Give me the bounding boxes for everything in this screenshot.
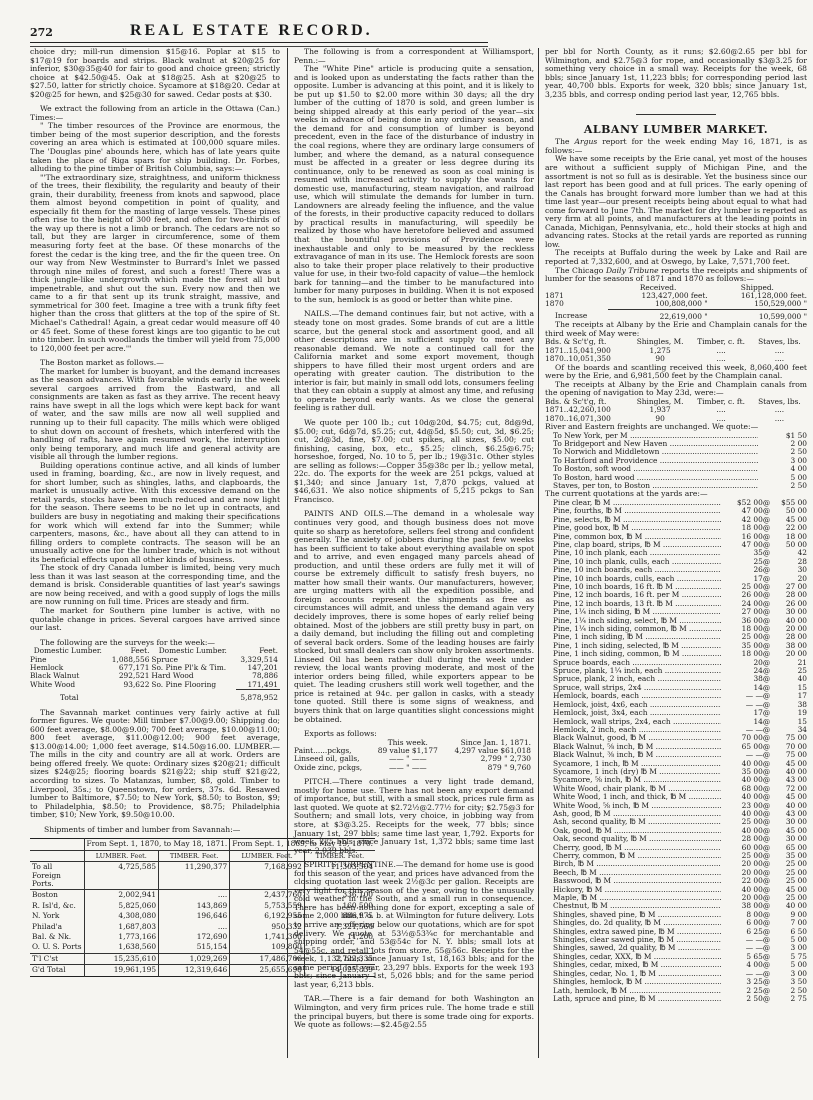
item-label: Lath, spruce and pine, ℔ M <box>553 995 721 1003</box>
item-label: Shingles, clear sawed pine, ℔ M <box>553 936 721 944</box>
item-label: Shingles, hemlock, ℔ M <box>553 978 721 986</box>
item-label: To Hartford and Providence <box>553 457 758 465</box>
paragraph: "'The extraordinary size, straightness, … <box>30 174 280 353</box>
item-label: Hemlock, boards, each <box>553 692 721 700</box>
item-label: Beech, ℔ M <box>553 869 721 877</box>
item-label: Pine, 1¼ inch siding, ℔ M <box>553 608 721 616</box>
table-row: Lath, spruce and pine, ℔ M2 50@2 75 <box>545 995 807 1003</box>
item-label: Basswood, ℔ M <box>553 877 721 885</box>
item-label: White Wood, ⅝ inch, ℔ M <box>553 802 721 810</box>
item-label: Spruce boards, each <box>553 659 721 667</box>
item-label: Sycamore, 1 inch, ℔ M <box>553 760 721 768</box>
item-label: To Boston, hard wood <box>553 474 758 482</box>
table-row: To Boston, soft wood4 00 <box>545 465 807 473</box>
table-row: Oxide zinc, pckgs, —— " —— 879 " 9,760 <box>294 764 534 772</box>
item-label: Oak, good, ℔ M <box>553 827 721 835</box>
paragraph: The receipts at Albany by the Erie and C… <box>545 321 807 338</box>
item-label: Shingles, shaved pine, ℔ M <box>553 911 721 919</box>
item-label: Hickory, ℔ M <box>553 886 721 894</box>
item-label: Pine, 10 inch plank, each <box>553 549 721 557</box>
item-label: Cherry, common, ℔ M <box>553 852 721 860</box>
section-ornament <box>545 109 807 118</box>
paints-section: PAINTS AND OILS.—The demand in a wholesa… <box>294 510 534 724</box>
item-label: Hemlock, wall strips, 2x4, each <box>553 718 721 726</box>
item-label: Pine, 1 inch siding, common, ℔ M <box>553 650 721 658</box>
item-label: Shingles, cedar, mixed, ℔ M <box>553 961 721 969</box>
item-label: Sycamore, 1 inch (dry) ℔ M <box>553 768 721 776</box>
albany-season-receipts-table: Bds. & Sc't'g, ft. Shingles, M. Timber, … <box>545 398 807 423</box>
item-label: Spruce, wall strips, 2x4 <box>553 684 721 692</box>
albany-week-receipts-table: Bds. & Sc't'g, ft. Shingles, M. Timber, … <box>545 338 807 363</box>
surveys-table: Domestic Lumber. Feet. Domestic Lumber. … <box>30 647 280 702</box>
item-label: Pine, 10 inch boards, culls, each <box>553 575 721 583</box>
price: 2 50 <box>763 482 807 490</box>
item-label: Shingles, extra sawed pine, ℔ M <box>553 928 721 936</box>
item-label: Pine, 10 inch plank, culls, each <box>553 558 721 566</box>
paragraph: The stock of dry Canada lumber is limite… <box>30 564 280 607</box>
item-label: To New York, per M <box>553 432 758 440</box>
item-label: Cherry, good, ℔ M <box>553 844 721 852</box>
item-label: To Boston, soft wood <box>553 465 758 473</box>
page-header: 272 REAL ESTATE RECORD. <box>30 22 488 40</box>
item-label: Pine, 1¼ inch siding, select, ℔ M <box>553 617 721 625</box>
item-label: Shingles, cedar, No. 1, ℔ M <box>553 970 721 978</box>
header-rule <box>30 42 488 43</box>
paragraph: The following is from a correspondent at… <box>294 48 534 65</box>
paragraph: per bbl for North County, as it runs; $2… <box>545 48 807 99</box>
item-label: Ash, second quality, ℔ M <box>553 818 721 826</box>
albany-section-title: ALBANY LUMBER MARKET. <box>545 126 807 135</box>
tar-section: TAR.—There is a fair demand for both Was… <box>294 995 534 1029</box>
item-label: Hemlock, joist, 3x4, each <box>553 709 721 717</box>
table-row: To Norwich and Middletown2 50 <box>545 448 807 456</box>
item-label: Black Walnut, good, ℔ M <box>553 734 721 742</box>
item-label: Black Walnut, ⅜ inch, ℔ M <box>553 751 721 759</box>
price-low: 2 50@ <box>723 995 770 1003</box>
paragraph: " The timber resources of the Province a… <box>30 122 280 173</box>
column-2: The following is from a correspondent at… <box>287 48 534 1058</box>
item-label: Pine clear, ℔ M <box>553 499 721 507</box>
item-label: Pine, fourths, ℔ M <box>553 507 721 515</box>
item-label: Pine, 10 inch boards, each <box>553 566 721 574</box>
item-label: Birch, ℔ M <box>553 860 721 868</box>
paragraph: We quote per 100 lb.; cut 10d@20d, $4.75… <box>294 419 534 504</box>
item-label: Pine, good box, ℔ M <box>553 524 721 532</box>
paint-exports-table: This week. Since Jan. 1, 1871. Paint....… <box>294 739 534 773</box>
paragraph: choice dry; mill-run dimension $15@16. P… <box>30 48 280 99</box>
nails-section: NAILS.—The demand continues fair, but no… <box>294 310 534 413</box>
column-1: choice dry; mill-run dimension $15@16. P… <box>30 48 280 977</box>
table-total-row: Total 5,878,952 <box>30 690 280 703</box>
item-label: Shingles, sawed, 2d quality, ℔ M <box>553 944 721 952</box>
item-label: Ash, good, ℔ M <box>553 810 721 818</box>
item-label: White Wood, chair plank, ℔ M <box>553 785 721 793</box>
item-label: Chestnut, ℔ M <box>553 902 721 910</box>
freight-rates-table: To New York, per M$1 50To Bridgeport and… <box>545 432 807 491</box>
item-label: Pine, clap board, strips, ℔ M <box>553 541 721 549</box>
pitch-section: PITCH.—There continues a very light trad… <box>294 778 534 855</box>
table-row: White Wood93,622 So. Pine Flooring171,49… <box>30 681 280 690</box>
item-label: Black Walnut, ⅝ inch, ℔ M <box>553 743 721 751</box>
item-label: Hemlock, joist, 4x6, each <box>553 701 721 709</box>
table-row: To Bridgeport and New Haven2 00 <box>545 440 807 448</box>
item-label: Spruce, plank, 1¼ inch, each <box>553 667 721 675</box>
table-row: To New York, per M$1 50 <box>545 432 807 440</box>
item-label: Pine, 1¼ inch siding, common, ℔ M <box>553 625 721 633</box>
item-label: Oak, second quality, ℔ M <box>553 835 721 843</box>
item-label: To Bridgeport and New Haven <box>553 440 758 448</box>
chicago-receipts-table: Received. Shipped. 1871 123,427,000 feet… <box>545 284 807 322</box>
item-label: Maple, ℔ M <box>553 894 721 902</box>
paragraph: The market for lumber is buoyant, and th… <box>30 368 280 462</box>
item-label: Pine, 1 inch siding, ℔ M <box>553 633 721 641</box>
item-label: Pine, 10 inch boards, 16 ft. ℔ M <box>553 583 721 591</box>
yard-quotations-table: Pine clear, ℔ M$52 00@$55 00Pine, fourth… <box>545 499 807 1003</box>
paragraph: We have some receipts by the Erie canal,… <box>545 155 807 249</box>
item-label: Shingles, cedar, XXX, ℔ M <box>553 953 721 961</box>
item-label: Pine, 12 inch boards, 13 ft. ℔ M <box>553 600 721 608</box>
masthead-title: REAL ESTATE RECORD. <box>130 22 373 40</box>
spirits-section: SPIRITS TURPENTINE.—The demand for home … <box>294 861 534 989</box>
paragraph: The market for Southern pine lumber is a… <box>30 607 280 633</box>
paragraph: Of the boards and scantling received thi… <box>545 364 807 381</box>
item-label: Pine, selects, ℔ M <box>553 516 721 524</box>
item-label: Lath, hemlock, ℔ M <box>553 987 721 995</box>
page-number: 272 <box>30 26 53 39</box>
item-label: Sycamore, ⅝ inch, ℔ M <box>553 776 721 784</box>
item-label: Shingles, do. 2d quality, ℔ M <box>553 919 721 927</box>
column-3: per bbl for North County, as it runs; $2… <box>538 48 807 1058</box>
paragraph: River and Eastern freights are unchanged… <box>545 423 807 432</box>
table-row: To Hartford and Providence3 00 <box>545 457 807 465</box>
price: 2 75 <box>770 995 807 1003</box>
paragraph: The receipts at Albany by the Erie and C… <box>545 381 807 398</box>
paragraph: The Chicago Daily Tribune reports the re… <box>545 267 807 284</box>
paragraph: The Savannah market continues very fairl… <box>30 709 280 820</box>
table-row: 1870 100,808,000 " 150,529,000 " <box>545 300 807 309</box>
item-label: White Wood, 1 inch, and thick, ℔ M <box>553 793 721 801</box>
paragraph: The "White Pine" article is producing qu… <box>294 65 534 304</box>
item-label: Spruce, plank, 2 inch, each <box>553 675 721 683</box>
newspaper-page: 272 REAL ESTATE RECORD. choice dry; mill… <box>0 0 813 1100</box>
paragraph: Building operations continue active, and… <box>30 462 280 565</box>
paragraph: We extract the following from an article… <box>30 105 280 122</box>
table-row: To Boston, hard wood5 00 <box>545 474 807 482</box>
table-caption: Shipments of timber and lumber from Sava… <box>30 826 280 835</box>
paragraph: The receipts at Buffalo during the week … <box>545 249 807 266</box>
item-label: Hemlock, 2 inch, each <box>553 726 721 734</box>
item-label: Pine, 1 inch siding, selected, ℔ M <box>553 642 721 650</box>
item-label: Pine, 12 inch boards, 16 ft. per M <box>553 591 721 599</box>
item-label: Pine, common box, ℔ M <box>553 533 721 541</box>
paragraph: The Argus report for the week ending May… <box>545 138 807 155</box>
item-label: To Norwich and Middletown <box>553 448 758 456</box>
